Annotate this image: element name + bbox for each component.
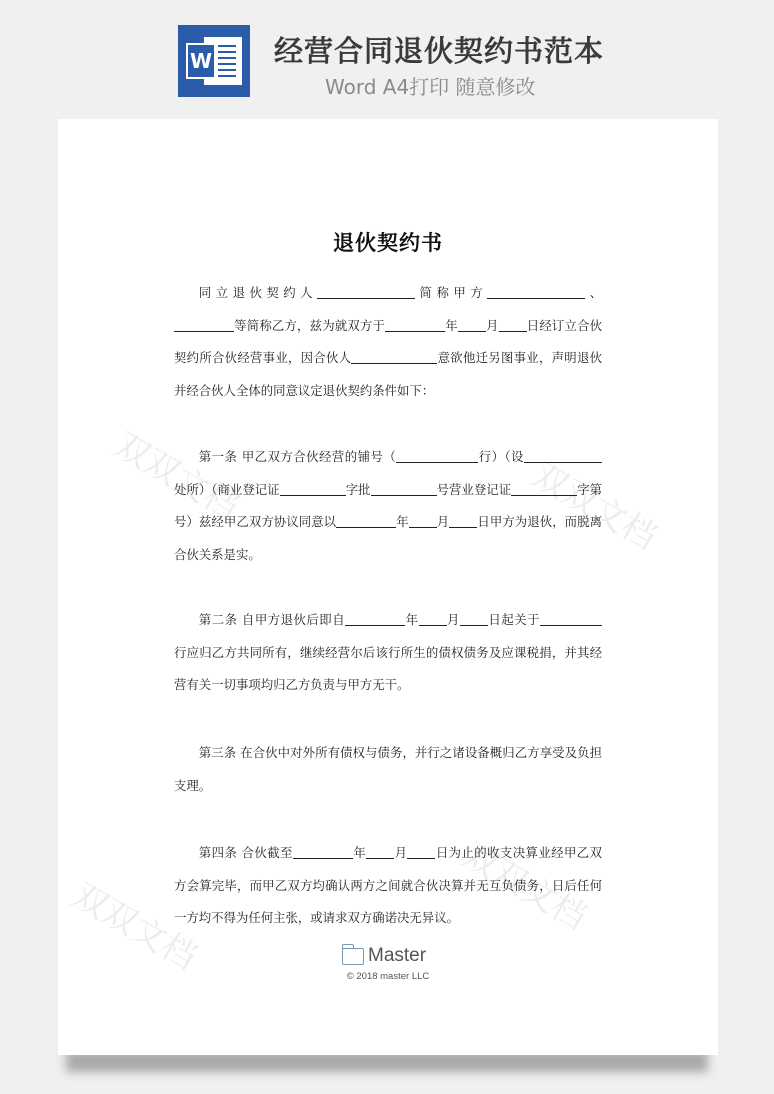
fill-in-blank: [336, 514, 396, 528]
fill-in-blank: [419, 612, 447, 626]
fill-in-blank: [174, 318, 234, 332]
paragraph-intro: 同立退伙契约人简称甲方、等简称乙方，兹为就双方于年月日经订立合伙契约所合伙经营事…: [174, 277, 602, 407]
fill-in-blank: [540, 612, 602, 626]
copyright-text: © 2018 master LLC: [58, 971, 718, 982]
document-page: 双双文档 双双文档 双双文档 双双文档 退伙契约书 同立退伙契约人简称甲方、等简…: [58, 119, 718, 1055]
fill-in-blank: [511, 482, 577, 496]
fill-in-blank: [351, 350, 437, 364]
fill-in-blank: [280, 482, 346, 496]
fill-in-blank: [460, 612, 488, 626]
fill-in-blank: [317, 285, 415, 299]
paragraph-article-4: 第四条 合伙截至年月日为止的收支决算业经甲乙双方会算完毕，而甲乙双方均确认两方之…: [174, 837, 602, 935]
fill-in-blank: [345, 612, 405, 626]
paragraph-article-1: 第一条 甲乙双方合伙经营的铺号（行）（设处所）（商业登记证字批号营业登记证字第号…: [174, 441, 602, 571]
fill-in-blank: [499, 318, 527, 332]
paragraph-article-2: 第二条 自甲方退伙后即自年月日起关于行应归乙方共同所有，继续经营尔后该行所生的债…: [174, 604, 602, 702]
fill-in-blank: [449, 514, 477, 528]
fill-in-blank: [396, 449, 478, 463]
paragraph-article-3: 第三条 在合伙中对外所有债权与债务，并行之诸设备概归乙方享受及负担支理。: [174, 737, 602, 802]
fill-in-blank: [487, 285, 585, 299]
fill-in-blank: [293, 845, 353, 859]
fill-in-blank: [385, 318, 445, 332]
fill-in-blank: [366, 845, 394, 859]
fill-in-blank: [409, 514, 437, 528]
folder-icon: [342, 948, 364, 965]
fill-in-blank: [458, 318, 486, 332]
document-title: 退伙契约书: [58, 227, 718, 257]
fill-in-blank: [371, 482, 437, 496]
page-header: W 经营合同退伙契约书范本 Word A4打印 随意修改: [0, 0, 774, 110]
page-title: 经营合同退伙契约书范本: [274, 29, 604, 70]
master-logo: Master: [342, 945, 442, 969]
page-subtitle: Word A4打印 随意修改: [325, 71, 536, 100]
word-logo-letter: W: [186, 43, 216, 79]
fill-in-blank: [524, 449, 602, 463]
word-icon: W: [178, 25, 250, 97]
fill-in-blank: [407, 845, 435, 859]
brand-name: Master: [368, 945, 426, 967]
